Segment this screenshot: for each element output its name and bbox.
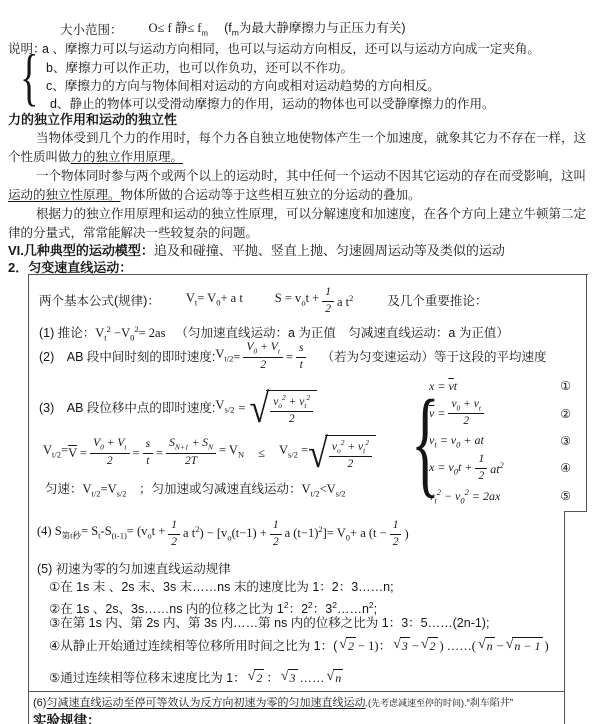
circled-3: ③ [560,434,571,448]
corollary-3: (3) AB 段位移中点的即时速度: Vs/2 = √vo2 + vt22 [39,385,317,431]
experiment-rules-heading: 实验规律： [33,712,101,724]
equals-sign: = [286,349,293,366]
para2-line2-plain: 物体所做的合运动等于这些相互独立的分运动的叠加。 [121,188,421,202]
sqrt-n: √n [327,669,344,687]
heading-independence: 力的独立作用和运动的独立性 [8,111,177,128]
para3-line2: 律的分量式，常常能解决一些较复杂的问题。 [8,225,258,242]
corollary-2: (2) AB 段中间时刻的即时速度: Vt/2 = V0 + Vt2 = st … [39,337,546,377]
fraction-under-root: vo2 + vt22 [270,393,313,427]
heading-vi: VI.几种典型的运动模型：追及和碰撞、平抛、竖直上抛、匀速圆周运动等及类似的运动 [8,242,505,259]
note-a: a 、摩擦力可以与运动方向相同，也可以与运动方向相反，还可以与运动方向成一定夹角… [42,41,540,58]
para2-line2: 运动的独立性原理。物体所做的合运动等于这些相互独立的分运动的叠加。 [8,187,421,204]
corollary-3-label: (3) AB 段位移中点的即时速度: [39,400,215,417]
para2-line1: 一个物体同时参与两个或两个以上的运动时，其中任何一个运动不因其它运动的存在而受影… [36,168,586,185]
corollary-2-note: （若为匀变速运动）等于这段的平均速度 [321,349,546,366]
equation-4: x = v0t +12at2④ [429,453,571,484]
equation-5: vt2 − v02 = 2ax⑤ [429,487,571,505]
velocity-chain-line: Vt/2= V = V0 + Vt2 = st = SN+1 + SN2T = … [43,431,376,475]
circled-1: ① [560,379,571,393]
size-range-formula: O≤ f 静≤ fm [149,20,209,42]
equation-1: x = vt① [429,377,571,395]
underline-motion-principle: 运动的独立性原理。 [8,188,121,202]
corollary-2-label: (2) AB 段中间时刻的即时速度: [39,349,215,366]
radical-sign: √ [308,434,328,471]
underline-force-principle: 力的独立作用原理。 [71,150,184,164]
sqrt-2: √2 [421,637,438,655]
para1-line2: 个性质叫做力的独立作用原理。 [8,149,183,166]
uniform-comparison-line: 匀速：Vt/2=Vs/2 ；匀加速或匀减速直线运动：Vt/2<Vs/2 [45,481,346,503]
sqrt-3: √3 [393,637,410,655]
document-page: { "misc": { "radical": "√", "brace": "{"… [0,0,603,724]
note-c: c、摩擦力的方向与物体间相对运动的方向或相对运动趋势的方向相反。 [46,78,440,95]
formula-box: 两个基本公式(规律)： Vt= V0+ a t S = vot + 12 a t… [28,274,588,724]
notes-brace: { [20,42,38,113]
formula-s-pre: S = vot + [275,290,319,312]
basic-formulas-label: 两个基本公式(规律)： [39,293,160,310]
box-step-border [564,511,587,512]
sqrt-expression: √vo2 + vt22 [249,390,317,427]
formula-s-post: a t2 [337,290,353,311]
radical-sign: √ [249,389,269,426]
corollaries-label: 及几个重要推论： [387,293,487,310]
rule-6-brake-note: “刹车陷井” [466,698,513,709]
rule-5-heading: (5) 初速为零的匀加速直线运动规律 [37,561,231,578]
corollary-3-v: Vs/2 [215,397,234,419]
equation-2: v =v0 + vt2② [429,398,571,429]
sqrt-n: √n [478,637,495,655]
corollary-4: (4) S第t秒 = St-S(t-1)= (vot + 12 a t2) − … [37,513,409,555]
para1-line2-plain: 个性质叫做 [8,150,71,164]
less-equal-sign: ≤ [258,445,265,462]
rule-5-item-1: ①在 1s 末 、2s 末、3s 末……ns 末的速度比为 1：2：3……n; [49,579,394,596]
box-right-border-upper [586,275,587,511]
basic-formulas-line: 两个基本公式(规律)： Vt= V0+ a t S = vot + 12 a t… [39,284,487,318]
size-range-note: (fm为最大静摩擦力与正压力有关) [224,20,405,42]
para1-line1: 当物体受到几个力的作用时，每个力各自独立地使物体产生一个加速度，就象其它力不存在… [36,130,586,147]
circled-2: ② [560,407,571,421]
equals-sign: = [238,400,245,417]
circled-5: ⑤ [560,489,571,503]
heading-vi-label: VI.几种典型的运动模型： [8,243,154,258]
box-right-border-lower [564,511,565,724]
friction-size-range-line: 大小范围： O≤ f 静≤ fm (fm为最大静摩擦力与正压力有关) [60,20,406,42]
fraction-one-half: 12 [322,286,334,317]
corollary-2-v: Vt/2 [215,346,233,368]
fraction-s-t: st [296,342,306,373]
heading-vi-rest: 追及和碰撞、平抛、竖直上抛、匀速圆周运动等及类似的运动 [154,243,505,258]
note-b: b、摩擦力可以作正功，也可以作负功，还可以不作功。 [46,60,353,77]
rule-6-small-note: .(先考虑减速至停的时间). [365,698,466,708]
rule-6-underlined: 匀减速直线运动至停可等效认为反方向初速为零的匀加速直线运动 [46,697,365,709]
box-separator-line [29,691,564,692]
rule-5-item-5: ⑤通过连续相等位移末速度比为 1： √2 ： √3 …… √n [49,667,345,689]
sqrt-3: √3 [281,669,298,687]
sqrt-expression: √vo2 + vt22 [308,435,376,472]
sqrt-2: √2 [339,637,356,655]
sqrt-2: √2 [248,669,265,687]
formula-vt: Vt= V0+ a t [186,290,243,312]
para3-line1: 根据力的独立作用原理和运动的独立性原理，可以分解速度和加速度，在各个方向上建立牛… [36,206,586,223]
circled-4: ④ [560,461,571,475]
size-range-label: 大小范围： [60,22,123,39]
fraction-v0-vt: V0 + Vt2 [243,341,282,372]
rule-6-line: (6)匀减速直线运动至停可等效认为反方向初速为零的匀加速直线运动.(先考虑减速至… [33,695,513,712]
equation-3: vt = v0 + at③ [429,432,571,450]
sqrt-n-minus-1: √n − 1 [506,637,543,655]
equals-sign: = [233,349,240,366]
kinematics-equation-system: x = vt① v =v0 + vt2② vt = v0 + at③ x = v… [429,377,571,508]
rule-5-item-3: ③在第 1s 内、第 2s 内、第 3s 内……第 ns 内的位移之比为 1：3… [49,615,489,632]
rule-5-item-4: ④从静止开始通过连续相等位移所用时间之比为 1：( √2 − 1)： √3 − … [49,633,549,659]
